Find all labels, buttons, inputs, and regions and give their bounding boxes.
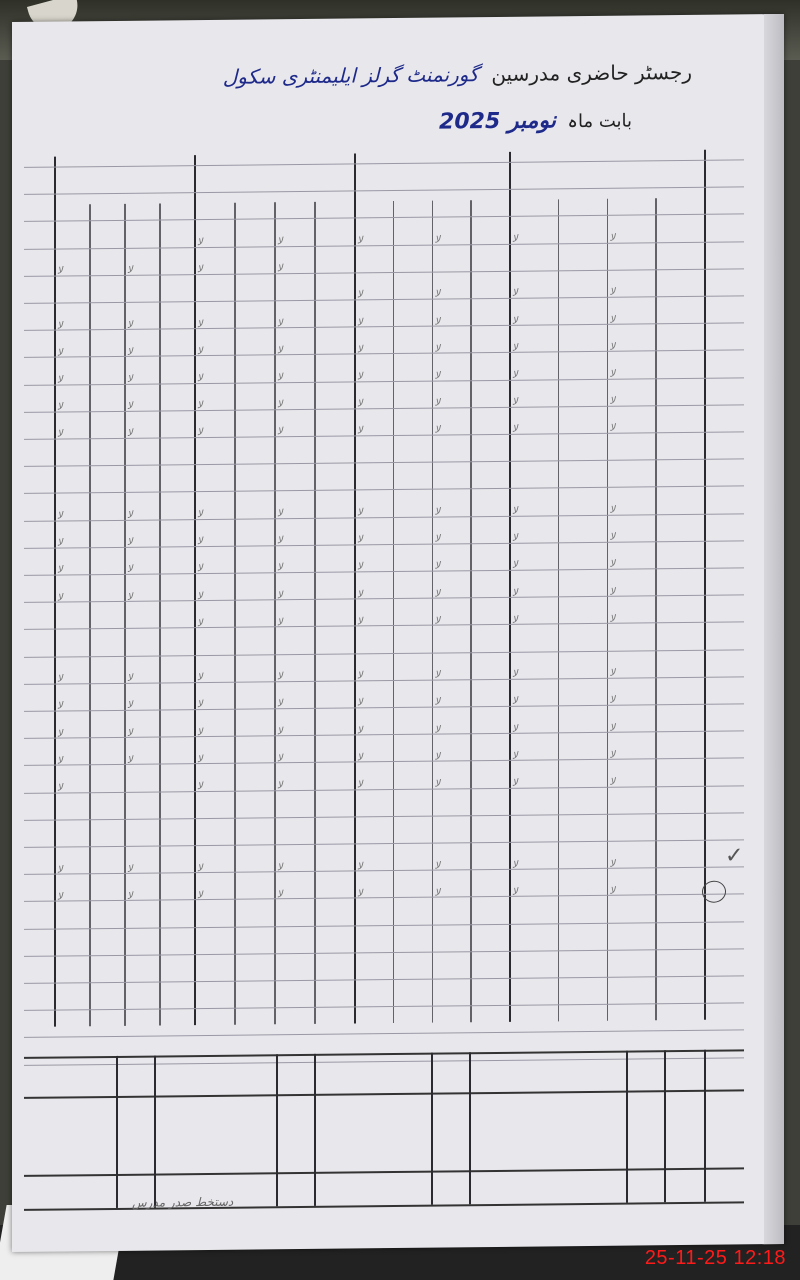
teacher-name [194,157,354,159]
signature-mark: ﻻ [57,755,63,766]
row-rule [24,622,744,631]
signature-mark: ﻻ [277,236,283,247]
signature-mark: ﻻ [277,699,283,710]
signature-mark: ﻻ [610,559,616,570]
signature-mark: ﻻ [610,423,616,434]
signature-mark: ﻻ [610,314,616,325]
summary-sick-rule [24,1167,744,1177]
signature-mark: ﻻ [610,369,616,380]
signature-mark: ﻻ [57,429,63,440]
summary-divider [154,1056,156,1208]
signature-mark: ﻻ [127,591,133,602]
signature-mark: ﻻ [127,727,133,738]
check-mark: ✓ [725,843,743,868]
signature-mark: ﻻ [357,589,363,600]
column-divider [509,152,511,1022]
signature-mark: ﻻ [277,318,283,329]
signature-mark: ﻻ [512,560,518,571]
signature-mark: ﻻ [57,728,63,739]
signature-mark: ﻻ [197,618,203,629]
signature-mark: ﻻ [512,533,518,544]
signature-mark: ﻻ [512,587,518,598]
summary-divider [664,1050,666,1202]
signature-mark: ﻻ [197,591,203,602]
summary-col-mizan [509,1063,626,1064]
row-rule [24,1003,744,1012]
row-rule [24,785,744,794]
summary-col-mizan [194,1066,276,1067]
signature-mark: ﻻ [277,671,283,682]
signature-mark: ﻻ [357,535,363,546]
signature-mark: ﻻ [277,862,283,873]
signature-mark: ﻻ [57,375,63,386]
signature-mark: ﻻ [197,863,203,874]
summary-divider [704,1050,706,1202]
signature-mark: ﻻ [512,424,518,435]
summary-divider [116,1056,118,1208]
signature-mark: ﻻ [435,860,441,871]
signature-mark: ﻻ [512,859,518,870]
sub-column-divider [314,202,316,1024]
row-rule [24,241,744,250]
teacher-post [509,176,704,178]
signature-mark: ﻻ [512,397,518,408]
signature-mark: ﻻ [277,889,283,900]
signature-mark: ﻻ [277,726,283,737]
signature-mark: ﻻ [610,532,616,543]
row-rule [24,1057,744,1066]
signature-mark: ﻻ [127,428,133,439]
signature-mark: ﻻ [435,507,441,518]
signature-mark: ﻻ [57,701,63,712]
month-value: نومبر 2025 [439,108,556,134]
signature-mark: ﻻ [57,538,63,549]
sub-column-divider [432,201,434,1023]
signature-mark: ﻻ [277,535,283,546]
signature-mark: ﻻ [197,319,203,330]
signature-mark: ﻻ [610,858,616,869]
signature-mark: ﻻ [197,781,203,792]
signature-mark: ﻻ [512,696,518,707]
row-rule [24,812,744,821]
sub-column-divider [159,203,161,1025]
signature-mark: ﻻ [197,890,203,901]
signature-mark: ﻻ [357,235,363,246]
signature-mark: ﻻ [57,565,63,576]
signature-mark: ﻻ [197,536,203,547]
signature-mark: ﻻ [57,402,63,413]
signature-mark: ﻻ [127,347,133,358]
signature-mark: ﻻ [357,861,363,872]
column-divider [194,155,196,1025]
signature-mark: ﻻ [57,511,63,522]
summary-col-mizan [354,1065,431,1066]
row-rule [24,295,744,304]
signature-mark: ﻻ [127,265,133,276]
signature-mark: ﻻ [357,888,363,899]
signature-mark: ﻻ [610,287,616,298]
summary-divider [314,1054,316,1206]
month-label: بابت ماہ [567,111,632,133]
signature-mark: ﻻ [610,886,616,897]
signature-mark: ﻻ [512,370,518,381]
signature-mark: ﻻ [197,754,203,765]
signature-mark: ﻻ [610,722,616,733]
row-rule [24,486,744,495]
signature-mark: ﻻ [357,562,363,573]
page-edge [764,14,784,1244]
signature-mark: ﻻ [57,674,63,685]
signature-mark: ﻻ [57,864,63,875]
signature-mark: ﻻ [277,372,283,383]
signature-mark: ﻻ [197,373,203,384]
signature-mark: ﻻ [435,779,441,790]
signature-mark: ﻻ [277,508,283,519]
signature-mark: ﻻ [610,396,616,407]
signature-mark: ﻻ [512,778,518,789]
signature-mark: ﻻ [197,727,203,738]
signature-mark: ﻻ [357,344,363,355]
signature-mark: ﻻ [277,590,283,601]
signature-mark: ﻻ [435,751,441,762]
signature-mark: ﻻ [277,263,283,274]
teacher-name [54,159,194,160]
signature-mark: ﻻ [610,586,616,597]
signature-mark: ﻻ [610,233,616,244]
sub-column-header [558,213,607,214]
signature-mark: ﻻ [357,371,363,382]
signature-mark: ﻻ [127,673,133,684]
day-25-circle [702,880,726,902]
teacher-post [354,178,509,180]
signature-mark: ﻻ [57,347,63,358]
signature-mark: ﻻ [197,346,203,357]
signature-mark: ﻻ [357,507,363,518]
signature-mark: ﻻ [197,509,203,520]
register-page: رجسٹر حاضری مدرسین گورنمنٹ گرلز ایلیمنٹر… [12,14,784,1252]
signature-mark: ﻻ [57,783,63,794]
signature-mark: ﻻ [435,534,441,545]
signature-mark: ﻻ [197,264,203,275]
sub-column-divider [470,200,472,1022]
signature-mark: ﻻ [57,320,63,331]
signature-mark: ﻻ [277,345,283,356]
signature-mark: ﻻ [357,671,363,682]
signature-mark: ﻻ [610,668,616,679]
row-rule [24,921,744,930]
signature-mark: ﻻ [512,723,518,734]
signature-mark: ﻻ [197,400,203,411]
signature-mark: ﻻ [357,779,363,790]
headmaster-signature-label: دستخط صدر مدرس [132,1195,233,1210]
signature-mark: ﻻ [512,234,518,245]
row-rule [24,159,744,168]
summary-divider [469,1052,471,1204]
row-rule [24,948,744,957]
signature-mark: ﻻ [512,288,518,299]
sub-column-divider [393,201,395,1023]
title-printed: رجسٹر حاضری مدرسین [491,60,692,86]
sub-column-header [509,213,558,214]
signature-mark: ﻻ [610,342,616,353]
sub-column-divider [89,204,91,1026]
teacher-post [54,181,194,182]
signature-mark: ﻻ [435,561,441,572]
row-rule [24,459,744,468]
signature-mark: ﻻ [277,753,283,764]
signature-mark: ﻻ [435,316,441,327]
signature-mark: ﻻ [197,237,203,248]
signature-mark: ﻻ [57,891,63,902]
teacher-name [509,154,704,156]
sub-column-divider [607,199,609,1021]
sub-column-divider [234,203,236,1025]
signature-mark: ﻻ [357,752,363,763]
signature-mark: ﻻ [277,427,283,438]
signature-mark: ﻻ [435,371,441,382]
signature-mark: ﻻ [197,563,203,574]
column-divider [54,157,56,1027]
signature-mark: ﻻ [435,343,441,354]
signature-mark: ﻻ [610,614,616,625]
signature-mark: ﻻ [435,670,441,681]
signature-mark: ﻻ [610,777,616,788]
signature-mark: ﻻ [435,289,441,300]
signature-mark: ﻻ [197,699,203,710]
signature-mark: ﻻ [197,427,203,438]
row-rule [24,975,744,984]
signature-mark: ﻻ [57,592,63,603]
sub-column-divider [655,198,657,1020]
signature-mark: ﻻ [512,506,518,517]
sub-column-divider [558,199,560,1021]
row-rule [24,649,744,658]
column-divider [354,153,356,1023]
signature-mark: ﻻ [127,401,133,412]
teacher-name [354,156,509,158]
signature-mark: ﻻ [127,700,133,711]
attendance-grid: ﻻﻻﻻﻻﻻﻻﻻﻻﻻﻻﻻﻻﻻﻻﻻﻻﻻﻻﻻﻻﻻﻻﻻﻻﻻﻻﻻﻻﻻﻻﻻﻻﻻﻻﻻﻻﻻﻻﻻﻻ… [24,149,744,157]
signature-mark: ﻻ [357,426,363,437]
sub-column-divider [274,202,276,1024]
sub-column-header [655,212,704,213]
sub-column-header [607,212,656,213]
signature-mark: ﻻ [610,750,616,761]
signature-mark: ﻻ [512,887,518,898]
signature-mark: ﻻ [357,616,363,627]
signature-mark: ﻻ [277,399,283,410]
month-line: بابت ماہ نومبر 2025 [212,108,632,137]
summary-col-mizan [24,1068,116,1069]
signature-mark: ﻻ [512,669,518,680]
signature-mark: ﻻ [127,510,133,521]
signature-mark: ﻻ [610,505,616,516]
signature-mark: ﻻ [435,235,441,246]
row-rule [24,187,744,196]
signature-mark: ﻻ [127,374,133,385]
signature-mark: ﻻ [435,724,441,735]
summary-divider [626,1051,628,1203]
signature-mark: ﻻ [127,891,133,902]
summary-divider [431,1053,433,1205]
signature-mark: ﻻ [512,751,518,762]
signature-mark: ﻻ [357,317,363,328]
signature-mark: ﻻ [357,290,363,301]
signature-mark: ﻻ [512,343,518,354]
signature-mark: ﻻ [512,615,518,626]
summary-header-rule [24,1089,744,1099]
signature-mark: ﻻ [435,398,441,409]
camera-timestamp: 25-11-25 12:18 [645,1247,786,1270]
school-name: گورنمنٹ گرلز ایلیمنٹری سکول [223,62,479,89]
signature-mark: ﻻ [277,617,283,628]
teacher-post [194,179,354,181]
sub-column-divider [124,204,126,1026]
signature-mark: ﻻ [357,698,363,709]
signature-mark: ﻻ [127,755,133,766]
signature-mark: ﻻ [610,695,616,706]
summary-divider [276,1054,278,1206]
signature-mark: ﻻ [435,615,441,626]
signature-mark: ﻻ [57,266,63,277]
signature-mark: ﻻ [435,425,441,436]
row-rule [24,214,744,223]
signature-mark: ﻻ [197,672,203,683]
signature-mark: ﻻ [277,563,283,574]
signature-mark: ﻻ [512,315,518,326]
row-rule [24,839,744,848]
register-title: رجسٹر حاضری مدرسین گورنمنٹ گرلز ایلیمنٹر… [192,60,692,89]
row-rule [24,1030,744,1039]
signature-mark: ﻻ [435,887,441,898]
signature-mark: ﻻ [277,780,283,791]
signature-mark: ﻻ [357,399,363,410]
signature-mark: ﻻ [435,697,441,708]
signature-mark: ﻻ [127,863,133,874]
signature-mark: ﻻ [127,319,133,330]
signature-mark: ﻻ [435,588,441,599]
signature-mark: ﻻ [127,537,133,548]
signature-mark: ﻻ [127,564,133,575]
signature-mark: ﻻ [357,725,363,736]
